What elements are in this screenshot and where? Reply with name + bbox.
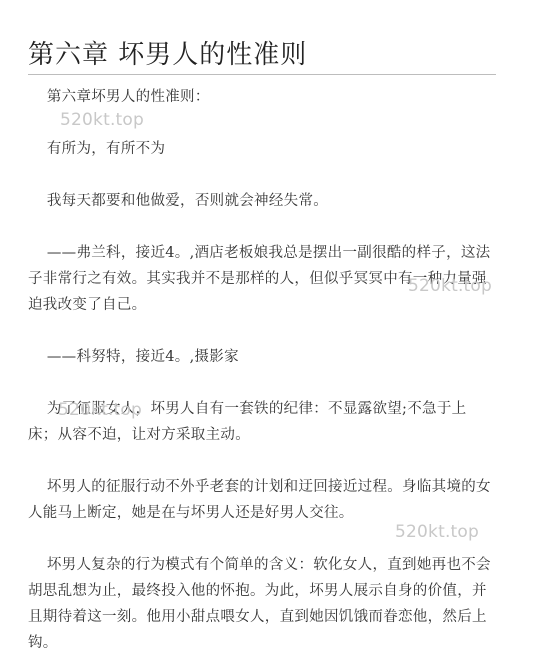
paragraph: 我每天都要和他做爱，否则就会神经失常。	[28, 188, 496, 214]
paragraph: ——科努特，接近4。,摄影家	[28, 344, 496, 370]
watermark: 520kt.top	[408, 276, 492, 296]
spacer	[28, 370, 496, 396]
watermark: 520kt.top	[395, 522, 479, 542]
chapter-body: 第六章坏男人的性准则： 有所为，有所不为 我每天都要和他做爱，否则就会神经失常。…	[28, 84, 496, 654]
chapter-title: 第六章 坏男人的性准则	[28, 38, 496, 75]
spacer	[28, 318, 496, 344]
spacer	[28, 214, 496, 240]
watermark: 520kt.top	[58, 400, 142, 420]
spacer	[28, 162, 496, 188]
paragraph: 坏男人复杂的行为模式有个简单的含义：软化女人，直到她再也不会胡思乱想为止，最终投…	[28, 552, 496, 654]
paragraph: 第六章坏男人的性准则：	[28, 84, 496, 110]
paragraph: 有所为，有所不为	[28, 136, 496, 162]
watermark: 520kt.top	[60, 110, 144, 130]
spacer	[28, 448, 496, 474]
paragraph: 坏男人的征服行动不外乎老套的计划和迂回接近过程。身临其境的女人能马上断定，她是在…	[28, 474, 496, 526]
